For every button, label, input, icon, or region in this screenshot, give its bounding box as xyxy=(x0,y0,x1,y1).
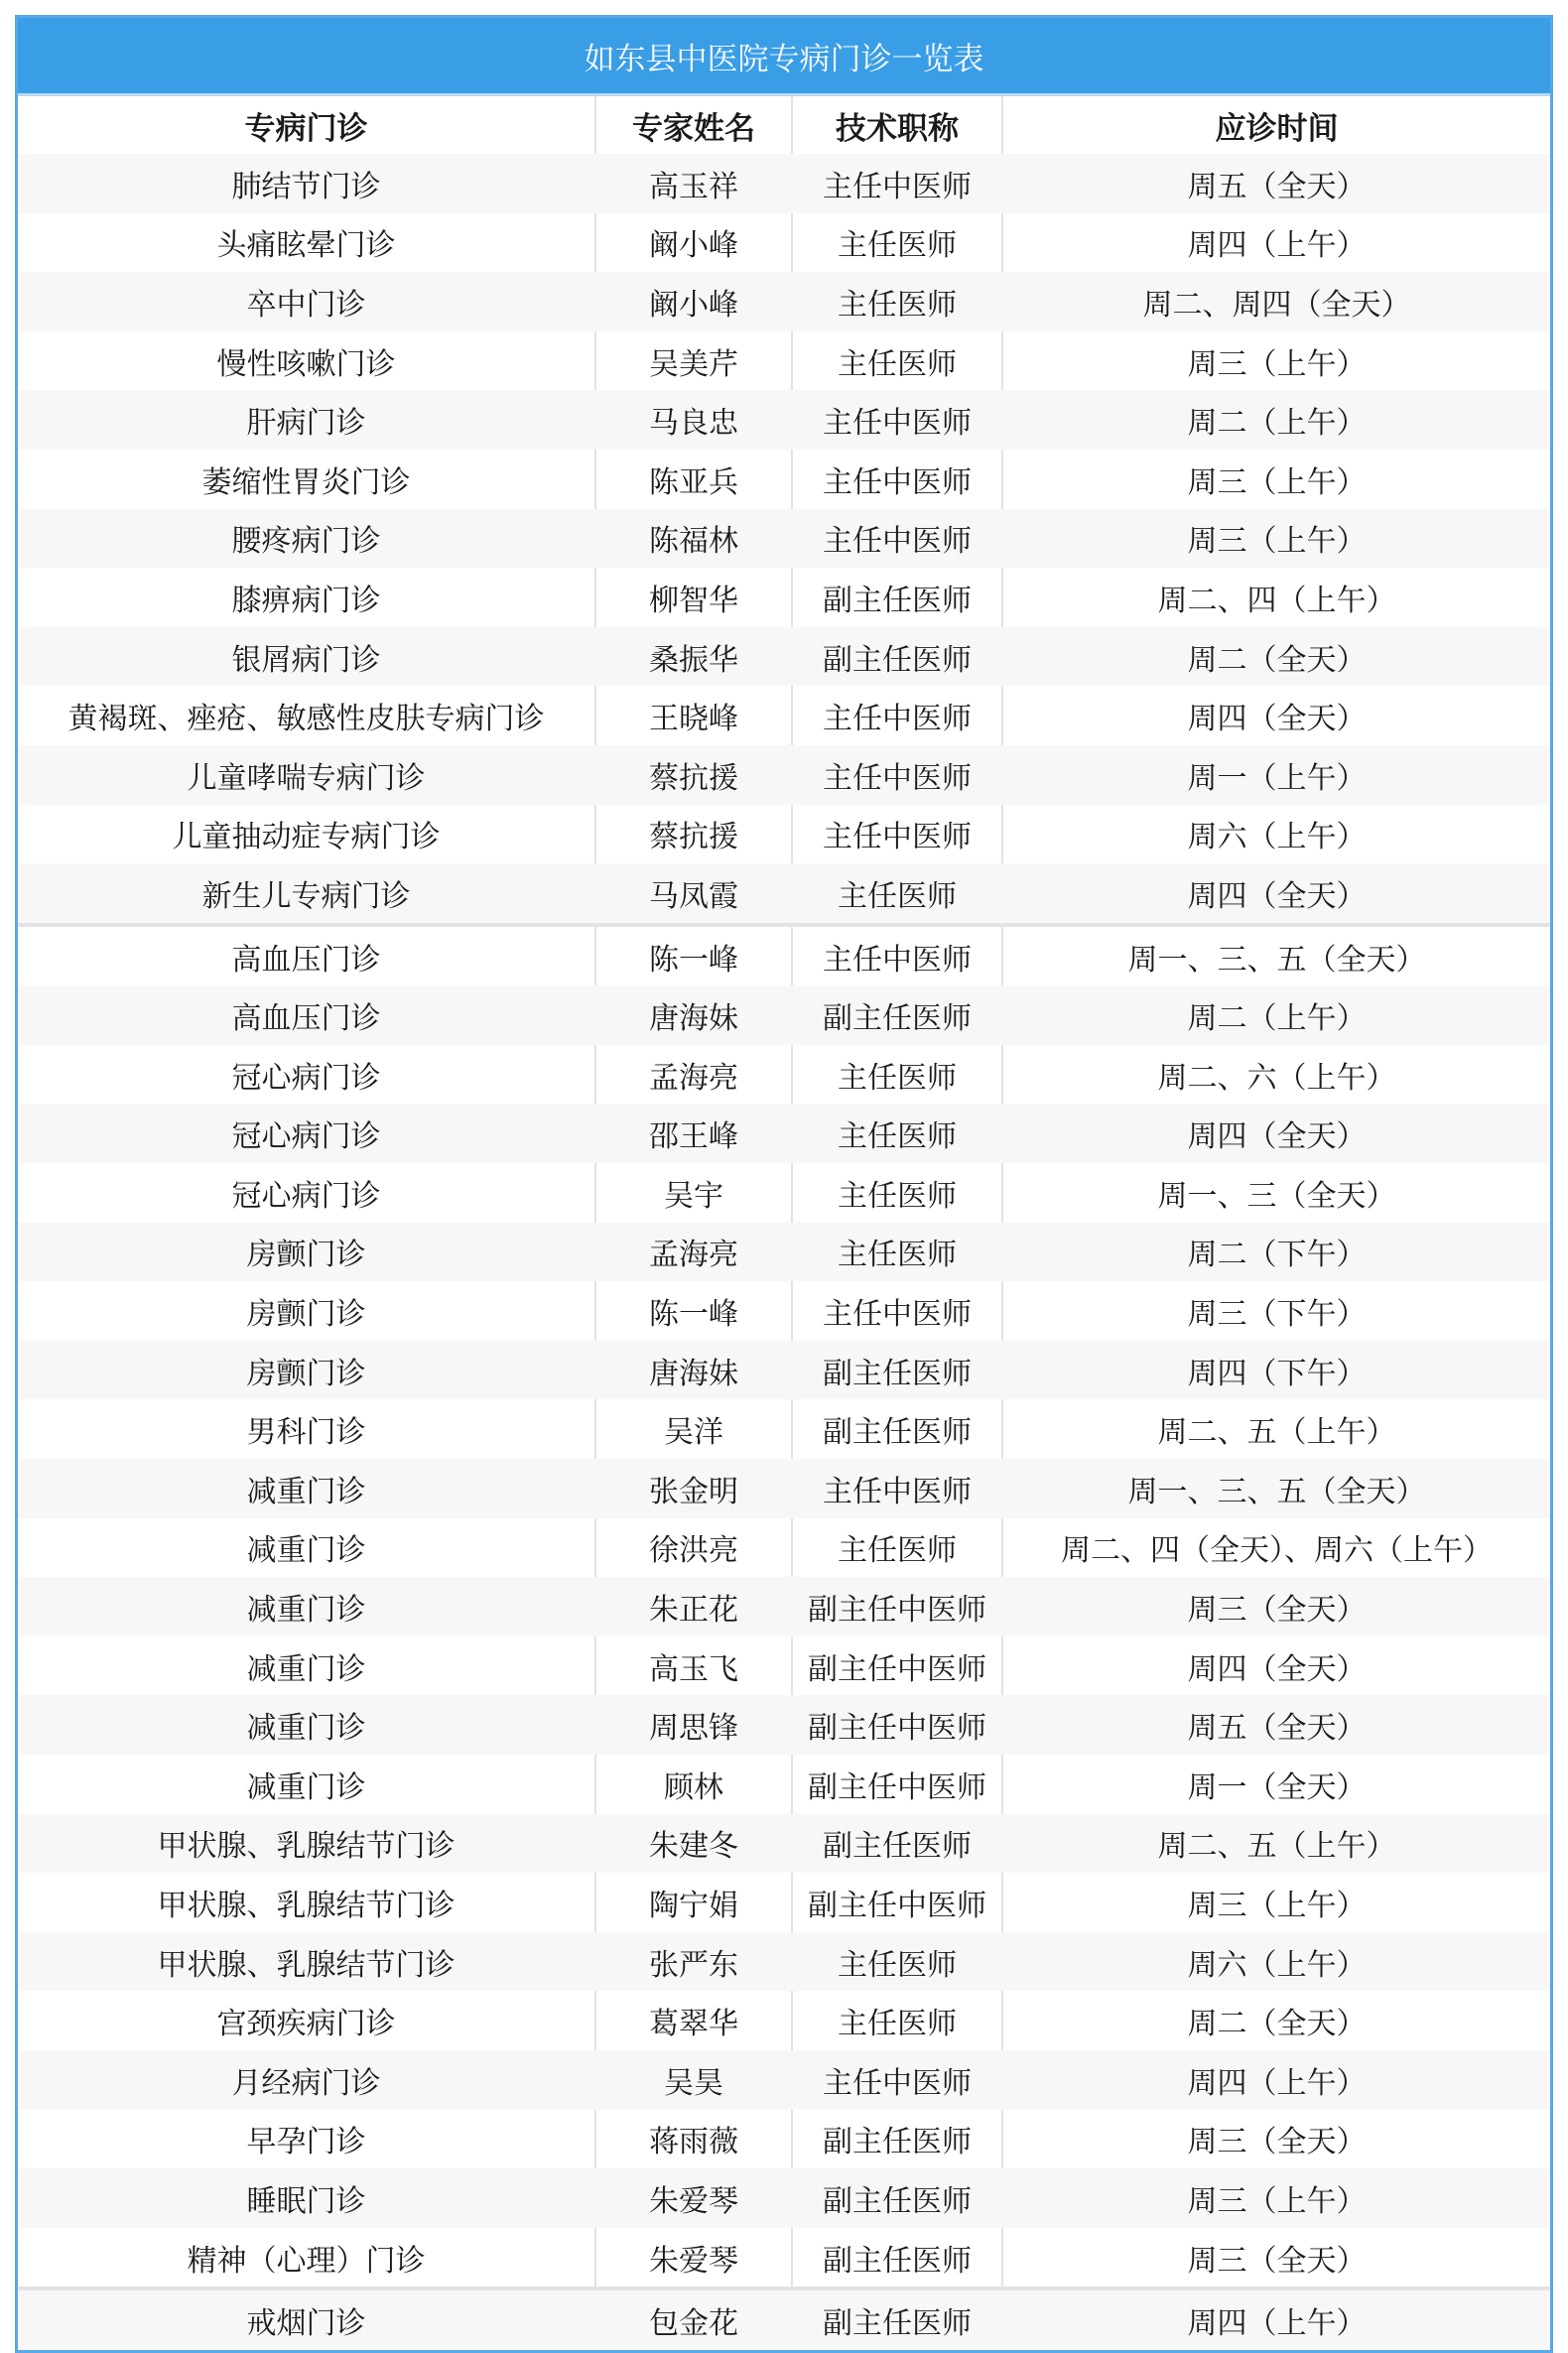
cell-clinic: 膝痹病门诊 xyxy=(18,568,595,627)
cell-title: 主任中医师 xyxy=(792,1281,1002,1341)
cell-clinic: 肝病门诊 xyxy=(18,390,595,450)
table-row: 冠心病门诊孟海亮主任医师周二、六（上午） xyxy=(18,1045,1550,1105)
cell-title: 主任中医师 xyxy=(792,154,1002,213)
cell-clinic: 减重门诊 xyxy=(18,1755,595,1814)
cell-expert: 朱爱琴 xyxy=(595,2228,792,2289)
cell-expert: 阚小峰 xyxy=(595,213,792,273)
cell-title: 主任医师 xyxy=(792,1991,1002,2050)
cell-time: 周五（全天） xyxy=(1002,1695,1550,1755)
table-row: 减重门诊顾林副主任中医师周一（全天） xyxy=(18,1755,1550,1814)
cell-time: 周二、周四（全天） xyxy=(1002,272,1550,331)
cell-clinic: 月经病门诊 xyxy=(18,2050,595,2110)
cell-clinic: 甲状腺、乳腺结节门诊 xyxy=(18,1814,595,1874)
cell-title: 主任医师 xyxy=(792,272,1002,331)
cell-expert: 朱爱琴 xyxy=(595,2168,792,2228)
cell-expert: 张严东 xyxy=(595,1932,792,1992)
table-row: 减重门诊朱正花副主任中医师周三（全天） xyxy=(18,1577,1550,1636)
cell-title: 主任中医师 xyxy=(792,745,1002,805)
cell-expert: 邵王峰 xyxy=(595,1105,792,1164)
table-row: 房颤门诊孟海亮主任医师周二（下午） xyxy=(18,1223,1550,1282)
cell-title: 主任中医师 xyxy=(792,2050,1002,2110)
table-row: 膝痹病门诊柳智华副主任医师周二、四（上午） xyxy=(18,568,1550,627)
cell-expert: 孟海亮 xyxy=(595,1045,792,1105)
clinic-schedule-table: 专病门诊 专家姓名 技术职称 应诊时间 肺结节门诊高玉祥主任中医师周五（全天）头… xyxy=(18,96,1550,2350)
table-row: 甲状腺、乳腺结节门诊陶宁娟副主任中医师周三（上午） xyxy=(18,1873,1550,1932)
cell-clinic: 新生儿专病门诊 xyxy=(18,863,595,925)
cell-expert: 葛翠华 xyxy=(595,1991,792,2050)
cell-time: 周二（全天） xyxy=(1002,627,1550,687)
cell-expert: 唐海妹 xyxy=(595,1341,792,1400)
table-row: 儿童抽动症专病门诊蔡抗援主任中医师周六（上午） xyxy=(18,805,1550,864)
table-row: 肝病门诊马良忠主任中医师周二（上午） xyxy=(18,390,1550,450)
cell-title: 副主任中医师 xyxy=(792,1755,1002,1814)
cell-time: 周三（上午） xyxy=(1002,1873,1550,1932)
table-row: 男科门诊吴洋副主任医师周二、五（上午） xyxy=(18,1399,1550,1459)
cell-title: 副主任医师 xyxy=(792,2110,1002,2169)
cell-time: 周二、五（上午） xyxy=(1002,1814,1550,1874)
table-row: 精神（心理）门诊朱爱琴副主任医师周三（全天） xyxy=(18,2228,1550,2289)
cell-time: 周二（全天） xyxy=(1002,1991,1550,2050)
cell-time: 周六（上午） xyxy=(1002,1932,1550,1992)
table-row: 冠心病门诊邵王峰主任医师周四（全天） xyxy=(18,1105,1550,1164)
cell-clinic: 儿童抽动症专病门诊 xyxy=(18,805,595,864)
cell-expert: 朱正花 xyxy=(595,1577,792,1636)
table-row: 房颤门诊唐海妹副主任医师周四（下午） xyxy=(18,1341,1550,1400)
cell-expert: 蔡抗援 xyxy=(595,805,792,864)
table-row: 头痛眩晕门诊阚小峰主任医师周四（上午） xyxy=(18,213,1550,273)
header-time: 应诊时间 xyxy=(1002,96,1550,154)
cell-time: 周四（上午） xyxy=(1002,2288,1550,2350)
cell-time: 周三（上午） xyxy=(1002,331,1550,391)
cell-title: 副主任医师 xyxy=(792,627,1002,687)
cell-title: 主任医师 xyxy=(792,863,1002,925)
cell-expert: 陈福林 xyxy=(595,509,792,569)
cell-expert: 吴昊 xyxy=(595,2050,792,2110)
cell-clinic: 慢性咳嗽门诊 xyxy=(18,331,595,391)
cell-clinic: 黄褐斑、痤疮、敏感性皮肤专病门诊 xyxy=(18,686,595,745)
cell-expert: 蒋雨薇 xyxy=(595,2110,792,2169)
cell-expert: 王晓峰 xyxy=(595,686,792,745)
cell-title: 副主任医师 xyxy=(792,2168,1002,2228)
cell-time: 周四（全天） xyxy=(1002,686,1550,745)
cell-title: 主任医师 xyxy=(792,331,1002,391)
cell-time: 周三（上午） xyxy=(1002,2168,1550,2228)
cell-title: 副主任医师 xyxy=(792,2288,1002,2350)
cell-time: 周三（全天） xyxy=(1002,2110,1550,2169)
cell-time: 周二、六（上午） xyxy=(1002,1045,1550,1105)
cell-clinic: 萎缩性胃炎门诊 xyxy=(18,450,595,509)
cell-expert: 陈一峰 xyxy=(595,925,792,986)
cell-clinic: 头痛眩晕门诊 xyxy=(18,213,595,273)
cell-time: 周三（全天） xyxy=(1002,1577,1550,1636)
cell-clinic: 儿童哮喘专病门诊 xyxy=(18,745,595,805)
cell-title: 副主任中医师 xyxy=(792,1695,1002,1755)
cell-expert: 高玉飞 xyxy=(595,1636,792,1696)
cell-clinic: 卒中门诊 xyxy=(18,272,595,331)
cell-clinic: 房颤门诊 xyxy=(18,1341,595,1400)
cell-expert: 顾林 xyxy=(595,1755,792,1814)
cell-title: 副主任医师 xyxy=(792,1814,1002,1874)
table-title: 如东县中医院专病门诊一览表 xyxy=(18,18,1550,96)
table-row: 减重门诊周思锋副主任中医师周五（全天） xyxy=(18,1695,1550,1755)
table-row: 卒中门诊阚小峰主任医师周二、周四（全天） xyxy=(18,272,1550,331)
cell-expert: 马凤霞 xyxy=(595,863,792,925)
cell-time: 周一、三、五（全天） xyxy=(1002,925,1550,986)
cell-time: 周五（全天） xyxy=(1002,154,1550,213)
table-row: 银屑病门诊桑振华副主任医师周二（全天） xyxy=(18,627,1550,687)
table-row: 房颤门诊陈一峰主任中医师周三（下午） xyxy=(18,1281,1550,1341)
cell-clinic: 房颤门诊 xyxy=(18,1223,595,1282)
table-row: 月经病门诊吴昊主任中医师周四（上午） xyxy=(18,2050,1550,2110)
cell-time: 周四（下午） xyxy=(1002,1341,1550,1400)
cell-clinic: 房颤门诊 xyxy=(18,1281,595,1341)
table-row: 减重门诊张金明主任中医师周一、三、五（全天） xyxy=(18,1459,1550,1518)
table-row: 肺结节门诊高玉祥主任中医师周五（全天） xyxy=(18,154,1550,213)
table-row: 早孕门诊蒋雨薇副主任医师周三（全天） xyxy=(18,2110,1550,2169)
cell-expert: 陈一峰 xyxy=(595,1281,792,1341)
cell-time: 周三（全天） xyxy=(1002,2228,1550,2289)
table-row: 宫颈疾病门诊葛翠华主任医师周二（全天） xyxy=(18,1991,1550,2050)
table-row: 冠心病门诊吴宇主任医师周一、三（全天） xyxy=(18,1163,1550,1223)
table-row: 甲状腺、乳腺结节门诊张严东主任医师周六（上午） xyxy=(18,1932,1550,1992)
cell-title: 主任医师 xyxy=(792,1045,1002,1105)
cell-expert: 柳智华 xyxy=(595,568,792,627)
cell-time: 周三（上午） xyxy=(1002,509,1550,569)
cell-title: 副主任中医师 xyxy=(792,1873,1002,1932)
cell-clinic: 高血压门诊 xyxy=(18,925,595,986)
cell-expert: 陶宁娟 xyxy=(595,1873,792,1932)
cell-expert: 周思锋 xyxy=(595,1695,792,1755)
cell-clinic: 早孕门诊 xyxy=(18,2110,595,2169)
cell-clinic: 减重门诊 xyxy=(18,1636,595,1696)
table-row: 腰疼病门诊陈福林主任中医师周三（上午） xyxy=(18,509,1550,569)
cell-title: 副主任中医师 xyxy=(792,1577,1002,1636)
cell-title: 副主任医师 xyxy=(792,1399,1002,1459)
cell-expert: 马良忠 xyxy=(595,390,792,450)
cell-expert: 高玉祥 xyxy=(595,154,792,213)
cell-expert: 包金花 xyxy=(595,2288,792,2350)
cell-clinic: 戒烟门诊 xyxy=(18,2288,595,2350)
clinic-schedule-table-frame: 如东县中医院专病门诊一览表 专病门诊 专家姓名 技术职称 应诊时间 肺结节门诊高… xyxy=(15,15,1553,2353)
cell-time: 周四（全天） xyxy=(1002,863,1550,925)
cell-title: 主任医师 xyxy=(792,1932,1002,1992)
cell-title: 副主任医师 xyxy=(792,985,1002,1045)
cell-time: 周一、三（全天） xyxy=(1002,1163,1550,1223)
cell-clinic: 银屑病门诊 xyxy=(18,627,595,687)
table-row: 萎缩性胃炎门诊陈亚兵主任中医师周三（上午） xyxy=(18,450,1550,509)
cell-expert: 徐洪亮 xyxy=(595,1518,792,1578)
header-title: 技术职称 xyxy=(792,96,1002,154)
cell-time: 周一（上午） xyxy=(1002,745,1550,805)
cell-title: 主任中医师 xyxy=(792,1459,1002,1518)
cell-title: 主任中医师 xyxy=(792,925,1002,986)
table-row: 戒烟门诊包金花副主任医师周四（上午） xyxy=(18,2288,1550,2350)
cell-clinic: 冠心病门诊 xyxy=(18,1105,595,1164)
cell-time: 周一（全天） xyxy=(1002,1755,1550,1814)
cell-time: 周二（上午） xyxy=(1002,390,1550,450)
cell-expert: 唐海妹 xyxy=(595,985,792,1045)
cell-title: 主任医师 xyxy=(792,1105,1002,1164)
cell-clinic: 甲状腺、乳腺结节门诊 xyxy=(18,1873,595,1932)
cell-clinic: 睡眠门诊 xyxy=(18,2168,595,2228)
cell-clinic: 冠心病门诊 xyxy=(18,1163,595,1223)
cell-expert: 朱建冬 xyxy=(595,1814,792,1874)
table-row: 黄褐斑、痤疮、敏感性皮肤专病门诊王晓峰主任中医师周四（全天） xyxy=(18,686,1550,745)
cell-title: 主任中医师 xyxy=(792,805,1002,864)
table-row: 睡眠门诊朱爱琴副主任医师周三（上午） xyxy=(18,2168,1550,2228)
cell-expert: 吴洋 xyxy=(595,1399,792,1459)
cell-time: 周三（下午） xyxy=(1002,1281,1550,1341)
cell-expert: 陈亚兵 xyxy=(595,450,792,509)
cell-clinic: 冠心病门诊 xyxy=(18,1045,595,1105)
cell-time: 周二、四（全天）、周六（上午） xyxy=(1002,1518,1550,1578)
cell-clinic: 肺结节门诊 xyxy=(18,154,595,213)
table-body: 肺结节门诊高玉祥主任中医师周五（全天）头痛眩晕门诊阚小峰主任医师周四（上午）卒中… xyxy=(18,154,1550,2350)
cell-clinic: 甲状腺、乳腺结节门诊 xyxy=(18,1932,595,1992)
cell-time: 周四（全天） xyxy=(1002,1636,1550,1696)
cell-title: 副主任医师 xyxy=(792,1341,1002,1400)
table-row: 减重门诊高玉飞副主任中医师周四（全天） xyxy=(18,1636,1550,1696)
header-clinic: 专病门诊 xyxy=(18,96,595,154)
header-row: 专病门诊 专家姓名 技术职称 应诊时间 xyxy=(18,96,1550,154)
cell-time: 周四（上午） xyxy=(1002,213,1550,273)
cell-title: 主任医师 xyxy=(792,213,1002,273)
cell-title: 副主任中医师 xyxy=(792,1636,1002,1696)
cell-title: 副主任医师 xyxy=(792,568,1002,627)
cell-clinic: 减重门诊 xyxy=(18,1459,595,1518)
cell-clinic: 腰疼病门诊 xyxy=(18,509,595,569)
cell-title: 主任中医师 xyxy=(792,450,1002,509)
table-row: 减重门诊徐洪亮主任医师周二、四（全天）、周六（上午） xyxy=(18,1518,1550,1578)
table-row: 新生儿专病门诊马凤霞主任医师周四（全天） xyxy=(18,863,1550,925)
cell-title: 副主任医师 xyxy=(792,2228,1002,2289)
cell-clinic: 减重门诊 xyxy=(18,1577,595,1636)
table-row: 高血压门诊唐海妹副主任医师周二（上午） xyxy=(18,985,1550,1045)
cell-expert: 吴宇 xyxy=(595,1163,792,1223)
cell-title: 主任医师 xyxy=(792,1163,1002,1223)
cell-clinic: 精神（心理）门诊 xyxy=(18,2228,595,2289)
cell-clinic: 减重门诊 xyxy=(18,1695,595,1755)
cell-clinic: 宫颈疾病门诊 xyxy=(18,1991,595,2050)
cell-time: 周一、三、五（全天） xyxy=(1002,1459,1550,1518)
cell-time: 周四（全天） xyxy=(1002,1105,1550,1164)
cell-title: 主任中医师 xyxy=(792,686,1002,745)
table-row: 儿童哮喘专病门诊蔡抗援主任中医师周一（上午） xyxy=(18,745,1550,805)
cell-time: 周六（上午） xyxy=(1002,805,1550,864)
cell-expert: 桑振华 xyxy=(595,627,792,687)
cell-time: 周二（下午） xyxy=(1002,1223,1550,1282)
cell-title: 主任中医师 xyxy=(792,509,1002,569)
cell-clinic: 男科门诊 xyxy=(18,1399,595,1459)
cell-title: 主任医师 xyxy=(792,1518,1002,1578)
cell-expert: 蔡抗援 xyxy=(595,745,792,805)
cell-title: 主任中医师 xyxy=(792,390,1002,450)
cell-title: 主任医师 xyxy=(792,1223,1002,1282)
cell-expert: 吴美芹 xyxy=(595,331,792,391)
header-expert: 专家姓名 xyxy=(595,96,792,154)
cell-time: 周四（上午） xyxy=(1002,2050,1550,2110)
table-row: 甲状腺、乳腺结节门诊朱建冬副主任医师周二、五（上午） xyxy=(18,1814,1550,1874)
table-row: 慢性咳嗽门诊吴美芹主任医师周三（上午） xyxy=(18,331,1550,391)
cell-time: 周三（上午） xyxy=(1002,450,1550,509)
cell-clinic: 减重门诊 xyxy=(18,1518,595,1578)
cell-expert: 孟海亮 xyxy=(595,1223,792,1282)
cell-time: 周二（上午） xyxy=(1002,985,1550,1045)
table-row: 高血压门诊陈一峰主任中医师周一、三、五（全天） xyxy=(18,925,1550,986)
cell-expert: 阚小峰 xyxy=(595,272,792,331)
cell-expert: 张金明 xyxy=(595,1459,792,1518)
cell-clinic: 高血压门诊 xyxy=(18,985,595,1045)
cell-time: 周二、四（上午） xyxy=(1002,568,1550,627)
cell-time: 周二、五（上午） xyxy=(1002,1399,1550,1459)
